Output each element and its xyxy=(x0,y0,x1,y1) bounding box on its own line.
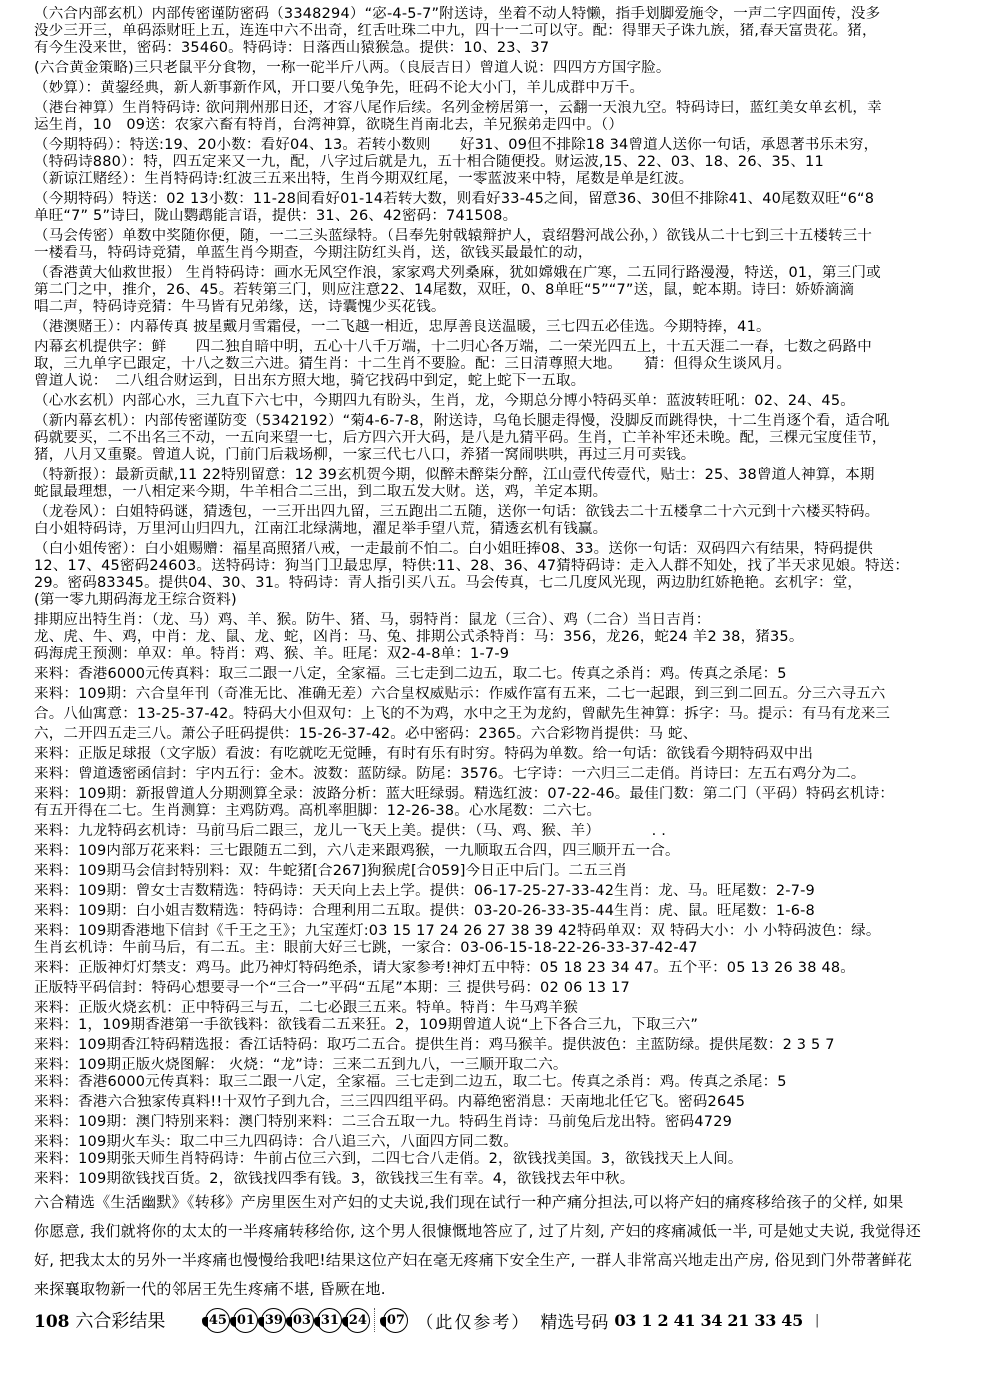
text-line: 蛇鼠最理想，一八相定来今期，牛羊相合二三出，到二取五发大财。送，鸡，羊定本期。 xyxy=(34,484,959,501)
text-line: （香港黄大仙救世报） 生肖特码诗：画水无风空作浪，家家鸡犬列桑麻，犹如嫦娥在广寒… xyxy=(34,265,959,282)
text-line: 来料：109期：曾女士吉数精选：特码诗：天天向上去上学。提供：06-17-25-… xyxy=(34,883,959,900)
text-line: 有今生没来世，密码：35460。特码诗：日落西山猿猴急。提供：10、23、37 xyxy=(34,40,959,57)
text-line: 单旺“7” 5”诗曰，陇山鹦鹉能言语，提供：31、26、42密码：741508。 xyxy=(34,208,959,225)
text-line: 取，三九单字已跟定，十八之数三六进。猜生肖：十二生肖不要脸。配：三日清尊照大地。… xyxy=(34,356,959,373)
text-line: (第一零九期码海龙王综合资料) xyxy=(34,592,959,609)
text-line: （今期特码）：特送:19、20小数：看好04、13。若转小数则 好31、09但不… xyxy=(34,137,959,154)
number-ball: 45 xyxy=(205,1308,230,1333)
text-line: 合。八仙寓意：13-25-37-42。特码大小但双句：上飞的不为鸡，水中之王为龙… xyxy=(34,706,959,723)
text-line: 运生肖，10 09送：农家六畜有特肖，台湾神算，欲晓生肖南北去，羊兄猴弟走四中。… xyxy=(34,117,959,134)
text-line: 唱二声，特码诗竞猜：牛马皆有兄弟缘，送，诗囊愧少买花钱。 xyxy=(34,299,959,316)
story-line: 六合精选《生活幽默》《转移》产房里医生对产妇的丈夫说,我们现在试行一种产痛分担法… xyxy=(34,1188,959,1217)
text-line: 来料：109期正版火烧图解： 火烧：“龙”诗：三来二五到九八，一三顺开取二六。 xyxy=(34,1057,959,1074)
story-line: 好, 把我太太的另外一半疼痛也慢慢给我吧!结果这位产妇在毫无疼痛下安全生产, 一… xyxy=(34,1246,959,1275)
text-line: 第二门之中，推介，26、45。若转第三门，则应注意22、14尾数，双旺，0、8单… xyxy=(34,282,959,299)
result-balls: 45013903312407 xyxy=(205,1308,408,1333)
text-line: 来料：香港六合独家传真料!!十双竹子到九合，三三四四组平码。内幕绝密消息：天南地… xyxy=(34,1094,959,1111)
number-ball: 03 xyxy=(289,1308,314,1333)
text-line: 来料：正版神灯灯禁支：鸡马。此乃神灯特码绝杀，请大家参考!神灯五中特：05 18… xyxy=(34,960,959,977)
text-line: 来料：109期香港地下信封《千王之王》；九宝莲灯:03 15 17 24 26 … xyxy=(34,923,959,940)
number-ball: 24 xyxy=(345,1308,370,1333)
special-number-separator xyxy=(374,1308,379,1332)
number-ball: 39 xyxy=(261,1308,286,1333)
text-line: 曾道人说： 二八组合财运到，日出东方照大地，骑它找码中到定，蛇上蛇下一五取。 xyxy=(34,373,959,390)
story-line: 来探襄取物新一代的邻居王先生疼痛不堪, 昏厥在地. xyxy=(34,1275,959,1304)
number-ball: 01 xyxy=(233,1308,258,1333)
text-line: 来料：1，109期香港第一手欲钱料：欲钱看二五来狂。2，109期曾道人说“上下各… xyxy=(34,1017,959,1034)
text-line: （特码诗880）：特，四五定来又一九，配，八字过后就是九，五十相合随便投。财运波… xyxy=(34,154,959,171)
document-page: （六合内部玄机）内部传密谨防密码（3348294）“宓-4-5-7”附送诗，坐着… xyxy=(0,0,989,1388)
text-line: 龙、虎、牛、鸡，中肖：龙、鼠、龙、蛇，凶肖：马、兔、排期公式杀特肖：马：356，… xyxy=(34,629,959,646)
text-line: 来料：109内部万花来料：三七跟随五二到，六八走来跟鸡猴，一九顺取五合四，四三顺… xyxy=(34,843,959,860)
text-line: 来料：正版火烧玄机：正中特码三与五，二七必跟三五来。特单。特肖：牛马鸡羊猴 xyxy=(34,1000,959,1017)
text-line: （港台神算）生肖特码诗: 欲问荆州那日还，才容八尾作后续。名列金榜居第一，云翻一… xyxy=(34,100,959,117)
text-line: 有五开得在二七。生肖测算：主鸡防鸡。高机率胆脚：12-26-38。心水尾数：二六… xyxy=(34,803,959,820)
text-line: 来料：香港6000元传真料：取三二跟一八定，全家福。三七走到二边五，取二七。传真… xyxy=(34,1074,959,1091)
text-line: （龙卷风）：白姐特码谜，猜透包，一三开出四九留，三五跑出二五随，送你一句话：欲钱… xyxy=(34,504,959,521)
text-line: （新谅江赌经）：生肖特码诗:红波三五来出特，生肖今期双红尾，一零蓝波来中特，尾数… xyxy=(34,171,959,188)
text-line: 来料：正版足球报（文字版）看波：有吃就吃无觉睡，有时有乐有时穷。特码为单数。给一… xyxy=(34,746,959,763)
picks-numbers: 03 1 2 41 34 21 33 45 xyxy=(614,1311,803,1330)
lottery-result-bar: 108 六合彩结果 45013903312407 （此仅参考） 精选号码 03 … xyxy=(34,1306,959,1334)
text-line: 来料：109期香江特码精选报：香江话特码：取巧二五合。提供生肖：鸡马猴羊。提供波… xyxy=(34,1037,959,1054)
text-line: （特新报）：最新贡献,11 22特别留意：12 39玄机贺今期，似醉未醉柒分醉，… xyxy=(34,467,959,484)
text-line: 排期应出特生肖：（龙、马）鸡、羊、猴。防牛、猪、马，弱特肖：鼠龙（三合）、鸡（二… xyxy=(34,612,959,629)
text-line: 码海虎王预测：单双：单。特肖：鸡、猴、羊。旺尾：双2-4-8单：1-7-9 xyxy=(34,646,959,663)
text-line: 来料：香港6000元传真料：取三二跟一八定，全家福。三七走到二边五，取二七。传真… xyxy=(34,666,959,683)
text-line: 没少三开三，单码添财旺上五，连连中六不出奇，红舌吐珠二中九，四十一二可以守。配：… xyxy=(34,23,959,40)
text-line: 12、17、45密码24603。送特码诗：狗当门卫最忠厚，特供:11、28、36… xyxy=(34,558,959,575)
special-ball: 07 xyxy=(383,1308,408,1333)
text-line: （新内幕玄机）：内部传密谨防变（5342192）“菊4-6-7-8，附送诗，乌龟… xyxy=(34,413,959,430)
text-line: 来料：109期欲钱找百货。2，欲钱找四季有钱。3，欲钱找三生有幸。4，欲钱找去年… xyxy=(34,1171,959,1188)
result-label: 六合彩结果 xyxy=(75,1311,165,1332)
text-line: 来料：109期：白小姐吉数精选：特码诗：合理利用二五取。提供：03-20-26-… xyxy=(34,903,959,920)
text-line: 来料：曾道透密函信封：宇内五行：金木。波数：蓝防绿。防尾：3576。七字诗：一六… xyxy=(34,766,959,783)
text-cursor: | xyxy=(815,1313,819,1328)
story-line: 你愿意, 我们就将你的太太的一半疼痛转移给你, 这个男人很慷慨地答应了, 过了片… xyxy=(34,1217,959,1246)
text-line: 来料：九龙特码玄机诗：马前马后二跟三，龙儿一飞天上美。提供：（马、鸡、猴、羊） … xyxy=(34,823,959,840)
text-line: 来料：109期马会信封特别料：双：牛蛇猪[合267]狗猴虎[合059]今日正中后… xyxy=(34,863,959,880)
number-ball: 31 xyxy=(317,1308,342,1333)
text-line: 生肖玄机诗：牛前马后，有二五。主：眼前大好三七跳，一家合：03-06-15-18… xyxy=(34,940,959,957)
text-line: (六合黄金策略)三只老鼠平分食物，一称一砣半斤八两。（良辰吉日）曾道人说：四四方… xyxy=(34,60,959,77)
text-line: 来料：109期火车头：取二中三九四码诗：合八追三六，八面四方同二数。 xyxy=(34,1134,959,1151)
text-line: （妙算）：黄鋆经典，新人新事新作风，开口要八兔争先，旺码不论大小门，羊儿成群中万… xyxy=(34,80,959,97)
text-line: 码就要买，二不出名三不动，一五向来望一七，后方四六开大码，是八是九猜平码。生肖，… xyxy=(34,430,959,447)
text-line: 来料：109期：澳门特别来料：澳门特别来料：二三合五取一九。特码生肖诗：马前兔后… xyxy=(34,1114,959,1131)
humor-story: 六合精选《生活幽默》《转移》产房里医生对产妇的丈夫说,我们现在试行一种产痛分担法… xyxy=(34,1188,959,1304)
text-line: （心水玄机）内部心水，三九直下六七中，今期四九有盼头，生肖，龙，今期总分博小特码… xyxy=(34,393,959,410)
text-line: 六，二开四五走三八。萧公子旺码提供：15-26-37-42。必中密码：2365。… xyxy=(34,726,959,743)
text-line: （白小姐传密）：白小姐赐赠：福星高照猪八戒，一走最前不怕二。白小姐旺捧08、33… xyxy=(34,541,959,558)
text-line: 29。密码83345。提供04、30、31。特码诗：青人指引买八五。马会传真，七… xyxy=(34,575,959,592)
text-line: 猪，八月又重聚。曾道人说，门前门后栽场柳，一家三代七八口，养猪一窝闹哄哄，再过三… xyxy=(34,447,959,464)
text-line: （六合内部玄机）内部传密谨防密码（3348294）“宓-4-5-7”附送诗，坐着… xyxy=(34,6,959,23)
reference-note: （此仅参考） xyxy=(416,1308,530,1333)
issue-number: 108 xyxy=(34,1312,70,1332)
text-body: （六合内部玄机）内部传密谨防密码（3348294）“宓-4-5-7”附送诗，坐着… xyxy=(34,6,959,1188)
text-line: 一楼看马，特码诗竞猜，单蓝生肖今期查，今期注防红头肖，送，欲钱买最最忙的动， xyxy=(34,245,959,262)
text-line: 白小姐特码诗，万里河山归四九，江南江北绿满地，濯足举手望八荒，猜透玄机有钱赢。 xyxy=(34,521,959,538)
result-title: 108 六合彩结果 xyxy=(34,1307,165,1333)
text-line: （今期特码）特送：02 13小数：11-28间看好01-14若转大数，则看好33… xyxy=(34,191,959,208)
text-line: （港澳赌王）：内幕传真 披星戴月雪霜侵，一二飞越一相近，忠厚善良送温暖，三七四五… xyxy=(34,319,959,336)
picks-label: 精选号码 xyxy=(540,1308,608,1333)
text-line: 正版特平码信封：特码心想要寻一个“三合一”平码“五尾”本期：三 提供号码：02 … xyxy=(34,980,959,997)
text-line: 来料：109期：六合皇年刊（奇准无比、准确无差）六合皇权威贴示：作威作富有五来，… xyxy=(34,686,959,703)
text-line: 来料：109期张天师生肖特码诗：牛前占位三六到，二四七合八走俏。2，欲钱找美国。… xyxy=(34,1151,959,1168)
text-line: （马会传密）单数中奖随你便，随，一二三头蓝绿特。（吕奉先射戟辕辩护人，袁绍磐河战… xyxy=(34,228,959,245)
text-line: 内幕玄机提供字：鲜 四二独自暗中明，五心十八千万端，十二归心各万端，二一荣光四五… xyxy=(34,339,959,356)
text-line: 来料：109期：新报曾道人分期测算全录：波路分析：蓝大旺绿弱。精选红波：07-2… xyxy=(34,786,959,803)
